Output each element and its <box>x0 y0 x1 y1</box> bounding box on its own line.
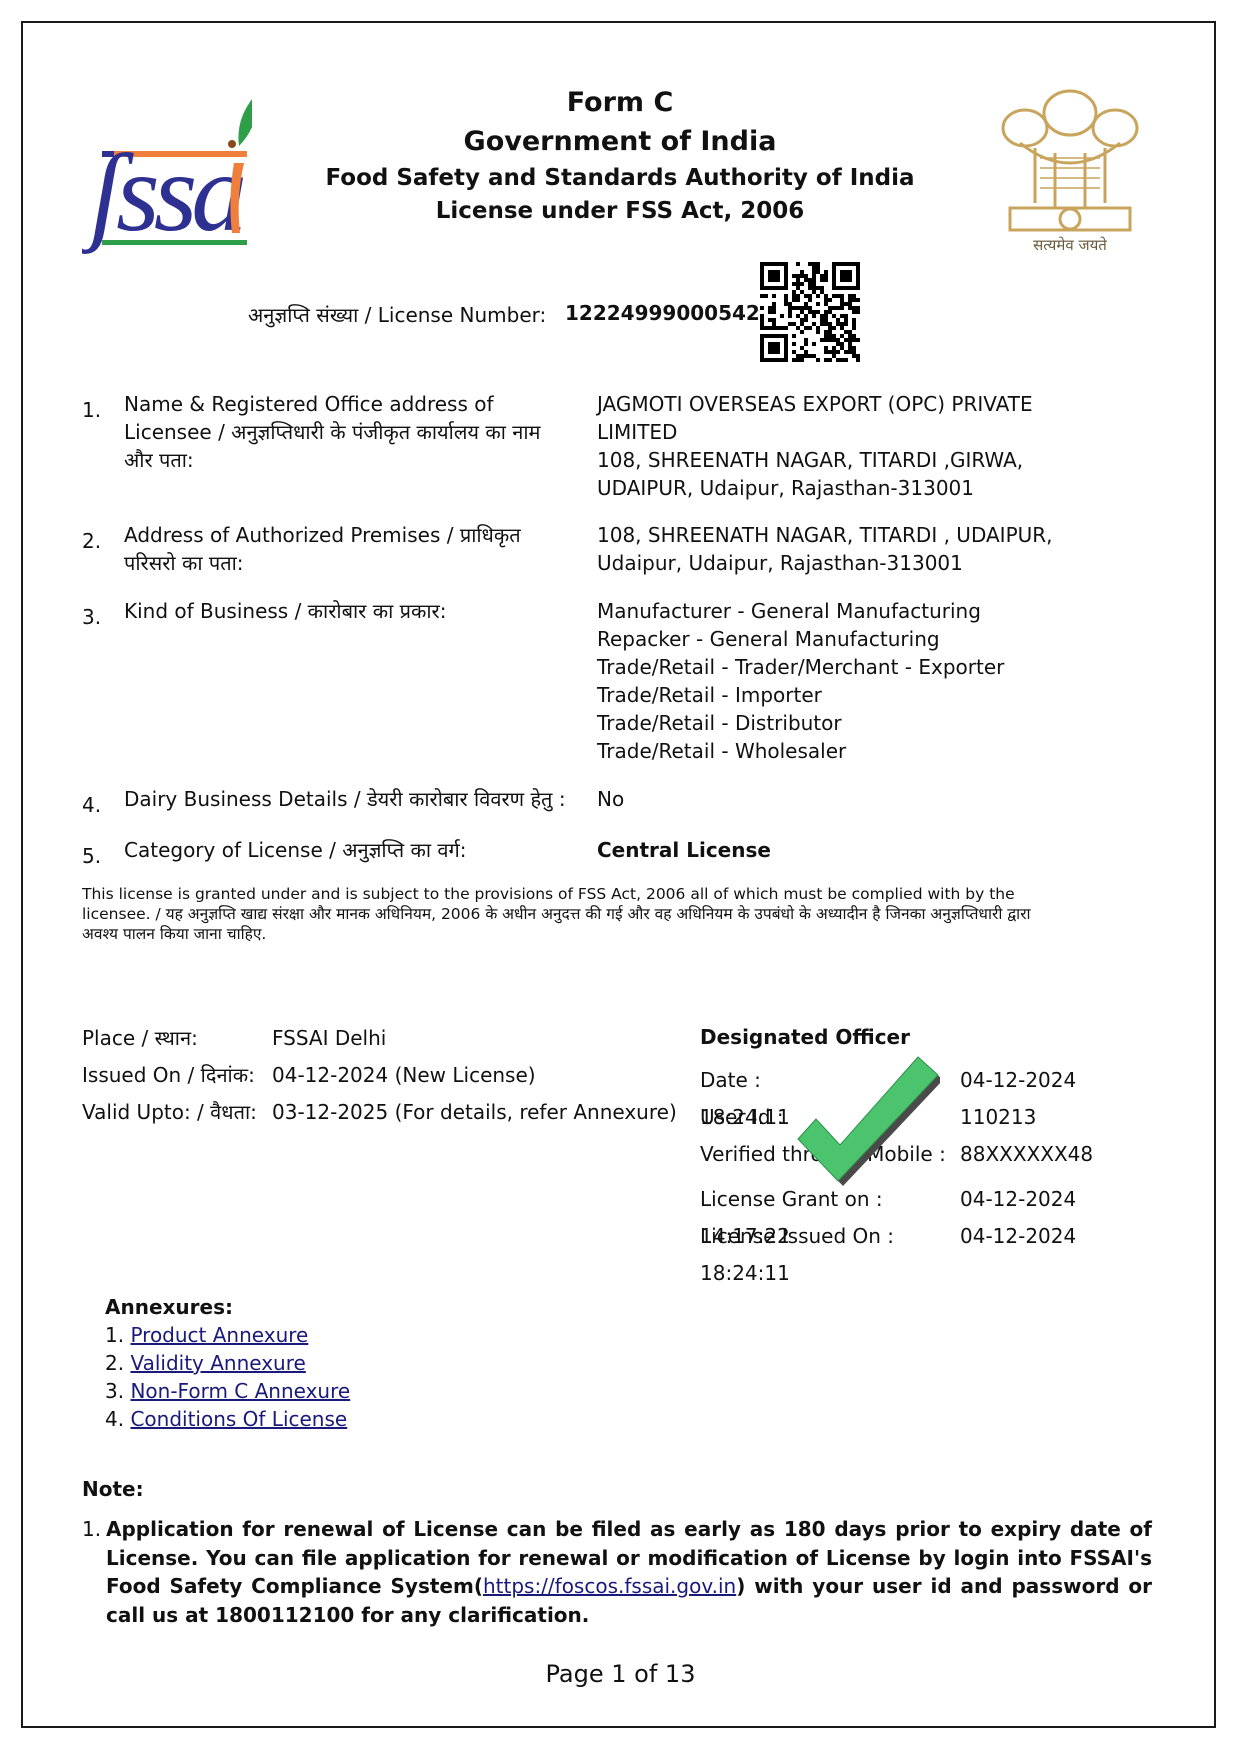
annexure-number: 2. <box>105 1351 124 1375</box>
valid-value: 03-12-2025 (For details, refer Annexure) <box>272 1100 677 1124</box>
row-value: Manufacturer - General Manufacturing Rep… <box>597 597 1157 765</box>
row-number: 2. <box>82 527 122 555</box>
row-label: Address of Authorized Premises / प्राधिक… <box>124 521 564 577</box>
mobile-label: Verified through Mobile : <box>700 1136 960 1173</box>
annexures-list: Annexures: 1. Product Annexure 2. Validi… <box>105 1293 350 1433</box>
value-line: UDAIPUR, Udaipur, Rajasthan-313001 <box>597 474 1157 502</box>
license-number: 12224999000542 <box>565 301 760 325</box>
row-number: 5. <box>82 842 122 870</box>
place-value: FSSAI Delhi <box>272 1026 386 1050</box>
row-label: Dairy Business Details / डेयरी कारोबार व… <box>124 785 604 813</box>
row-number: 1. <box>82 396 122 424</box>
designated-officer-block: Designated Officer Date :04-12-2024 18:2… <box>700 1020 1160 1255</box>
row-label: Name & Registered Office address of Lice… <box>124 390 564 474</box>
issued-on-label: License Issued On : <box>700 1218 960 1255</box>
non-form-c-annexure-link[interactable]: Non-Form C Annexure <box>130 1379 350 1403</box>
user-id-label: User Id : <box>700 1099 960 1136</box>
value-line: Udaipur, Udaipur, Rajasthan-313001 <box>597 549 1157 577</box>
product-annexure-link[interactable]: Product Annexure <box>130 1323 308 1347</box>
row-value: JAGMOTI OVERSEAS EXPORT (OPC) PRIVATE LI… <box>597 390 1157 502</box>
row-label: Category of License / अनुज्ञप्ति का वर्ग… <box>124 836 564 864</box>
mobile-value: 88XXXXXX48 <box>960 1142 1093 1166</box>
officer-date-label: Date : <box>700 1062 960 1099</box>
row-value: No <box>597 785 1157 813</box>
license-disclaimer: This license is granted under and is sub… <box>82 884 1042 944</box>
svg-text:सत्यमेव जयते: सत्यमेव जयते <box>1033 236 1107 254</box>
title-block: Form C Government of India Food Safety a… <box>300 84 940 228</box>
note-number: 1. <box>82 1515 101 1544</box>
row-number: 4. <box>82 791 122 819</box>
government-title: Government of India <box>300 122 940 162</box>
issued-value: 04-12-2024 (New License) <box>272 1063 536 1087</box>
annexures-heading: Annexures: <box>105 1293 350 1321</box>
page-border <box>21 21 1216 1728</box>
value-line: 108, SHREENATH NAGAR, TITARDI , UDAIPUR, <box>597 521 1157 549</box>
officer-heading: Designated Officer <box>700 1020 1160 1054</box>
issued-label: Issued On / दिनांक: <box>82 1057 272 1094</box>
row-label: Kind of Business / कारोबार का प्रकार: <box>124 597 564 625</box>
value-line: Trade/Retail - Importer <box>597 681 1157 709</box>
svg-text:ʃssa: ʃssa <box>82 131 243 255</box>
value-line: Trade/Retail - Wholesaler <box>597 737 1157 765</box>
issue-details: Place / स्थान:FSSAI Delhi Issued On / दि… <box>82 1020 677 1131</box>
value-line: 108, SHREENATH NAGAR, TITARDI ,GIRWA, <box>597 446 1157 474</box>
place-label: Place / स्थान: <box>82 1020 272 1057</box>
row-value: Central License <box>597 836 1157 864</box>
value-line: No <box>597 785 1157 813</box>
value-line: Trade/Retail - Trader/Merchant - Exporte… <box>597 653 1157 681</box>
renewal-note: 1. Application for renewal of License ca… <box>82 1515 1152 1629</box>
row-value: 108, SHREENATH NAGAR, TITARDI , UDAIPUR,… <box>597 521 1157 577</box>
annexure-number: 1. <box>105 1323 124 1347</box>
national-emblem: सत्यमेव जयते <box>980 78 1160 256</box>
validity-annexure-link[interactable]: Validity Annexure <box>130 1351 305 1375</box>
row-number: 3. <box>82 603 122 631</box>
form-title: Form C <box>300 84 940 122</box>
value-line: LIMITED <box>597 418 1157 446</box>
act-title: License under FSS Act, 2006 <box>300 195 940 228</box>
annexure-number: 4. <box>105 1407 124 1431</box>
note-heading: Note: <box>82 1477 144 1501</box>
foscos-link[interactable]: https://foscos.fssai.gov.in <box>483 1574 736 1598</box>
fssai-logo: ʃssa <box>82 80 252 255</box>
value-line: Repacker - General Manufacturing <box>597 625 1157 653</box>
page-number: Page 1 of 13 <box>0 1660 1241 1688</box>
conditions-of-license-link[interactable]: Conditions Of License <box>130 1407 347 1431</box>
value-line: Trade/Retail - Distributor <box>597 709 1157 737</box>
authority-title: Food Safety and Standards Authority of I… <box>300 162 940 195</box>
value-line: JAGMOTI OVERSEAS EXPORT (OPC) PRIVATE <box>597 390 1157 418</box>
grant-label: License Grant on : <box>700 1181 960 1218</box>
value-line: Central License <box>597 836 1157 864</box>
qr-code <box>760 262 860 362</box>
valid-label: Valid Upto: / वैधता: <box>82 1094 272 1131</box>
annexure-number: 3. <box>105 1379 124 1403</box>
value-line: Manufacturer - General Manufacturing <box>597 597 1157 625</box>
license-number-label: अनुज्ञप्ति संख्या / License Number: <box>248 301 546 328</box>
user-id: 110213 <box>960 1105 1036 1129</box>
